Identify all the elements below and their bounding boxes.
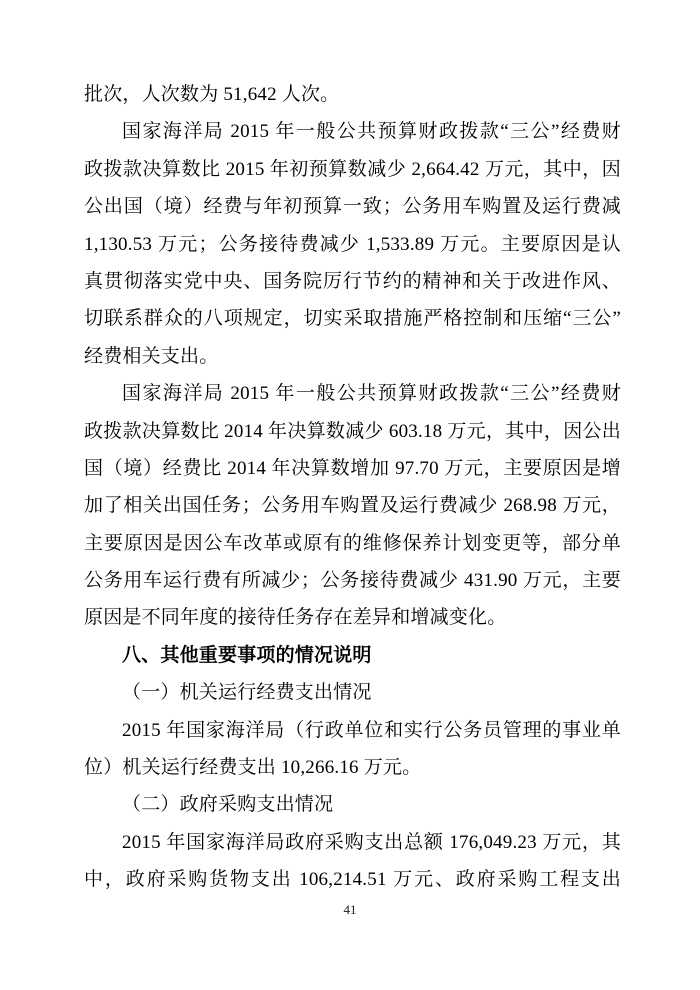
text-line: 2015 年国家海洋局（行政单位和实行公务员管理的事业单 bbox=[84, 712, 621, 749]
section-heading: 八、其他重要事项的情况说明 bbox=[84, 637, 621, 674]
text-line: 批次，人次数为 51,642 人次。 bbox=[84, 76, 621, 113]
text-line: 政拨款决算数比 2014 年决算数减少 603.18 万元，其中，因公出 bbox=[84, 413, 621, 450]
text-line: 2015 年国家海洋局政府采购支出总额 176,049.23 万元，其 bbox=[84, 824, 621, 861]
text-line: 国家海洋局 2015 年一般公共预算财政拨款“三公”经费财 bbox=[84, 375, 621, 412]
document-page: 批次，人次数为 51,642 人次。国家海洋局 2015 年一般公共预算财政拨款… bbox=[0, 0, 700, 990]
text-line: 主要原因是因公车改革或原有的维修保养计划变更等，部分单位 bbox=[84, 525, 621, 562]
text-line: 切联系群众的八项规定，切实采取措施严格控制和压缩“三公” bbox=[84, 300, 621, 337]
text-line: （一）机关运行经费支出情况 bbox=[84, 674, 621, 711]
text-line: 国家海洋局 2015 年一般公共预算财政拨款“三公”经费财 bbox=[84, 113, 621, 150]
text-line: 公出国（境）经费与年初预算一致；公务用车购置及运行费减少 bbox=[84, 188, 621, 225]
document-body: 批次，人次数为 51,642 人次。国家海洋局 2015 年一般公共预算财政拨款… bbox=[84, 76, 621, 899]
text-line: （二）政府采购支出情况 bbox=[84, 786, 621, 823]
text-line: 公务用车运行费有所减少；公务接待费减少 431.90 万元，主要 bbox=[84, 562, 621, 599]
text-line: 真贯彻落实党中央、国务院厉行节约的精神和关于改进作风、密 bbox=[84, 263, 621, 300]
text-line: 政拨款决算数比 2015 年初预算数减少 2,664.42 万元，其中，因 bbox=[84, 151, 621, 188]
text-line: 1,130.53 万元；公务接待费减少 1,533.89 万元。主要原因是认 bbox=[84, 226, 621, 263]
text-line: 原因是不同年度的接待任务存在差异和增减变化。 bbox=[84, 599, 621, 636]
text-line: 国（境）经费比 2014 年决算数增加 97.70 万元，主要原因是增 bbox=[84, 450, 621, 487]
text-line: 经费相关支出。 bbox=[84, 338, 621, 375]
text-line: 加了相关出国任务；公务用车购置及运行费减少 268.98 万元， bbox=[84, 487, 621, 524]
text-line: 中，政府采购货物支出 106,214.51 万元、政府采购工程支出 bbox=[84, 861, 621, 898]
text-line: 位）机关运行经费支出 10,266.16 万元。 bbox=[84, 749, 621, 786]
page-number: 41 bbox=[0, 901, 700, 919]
